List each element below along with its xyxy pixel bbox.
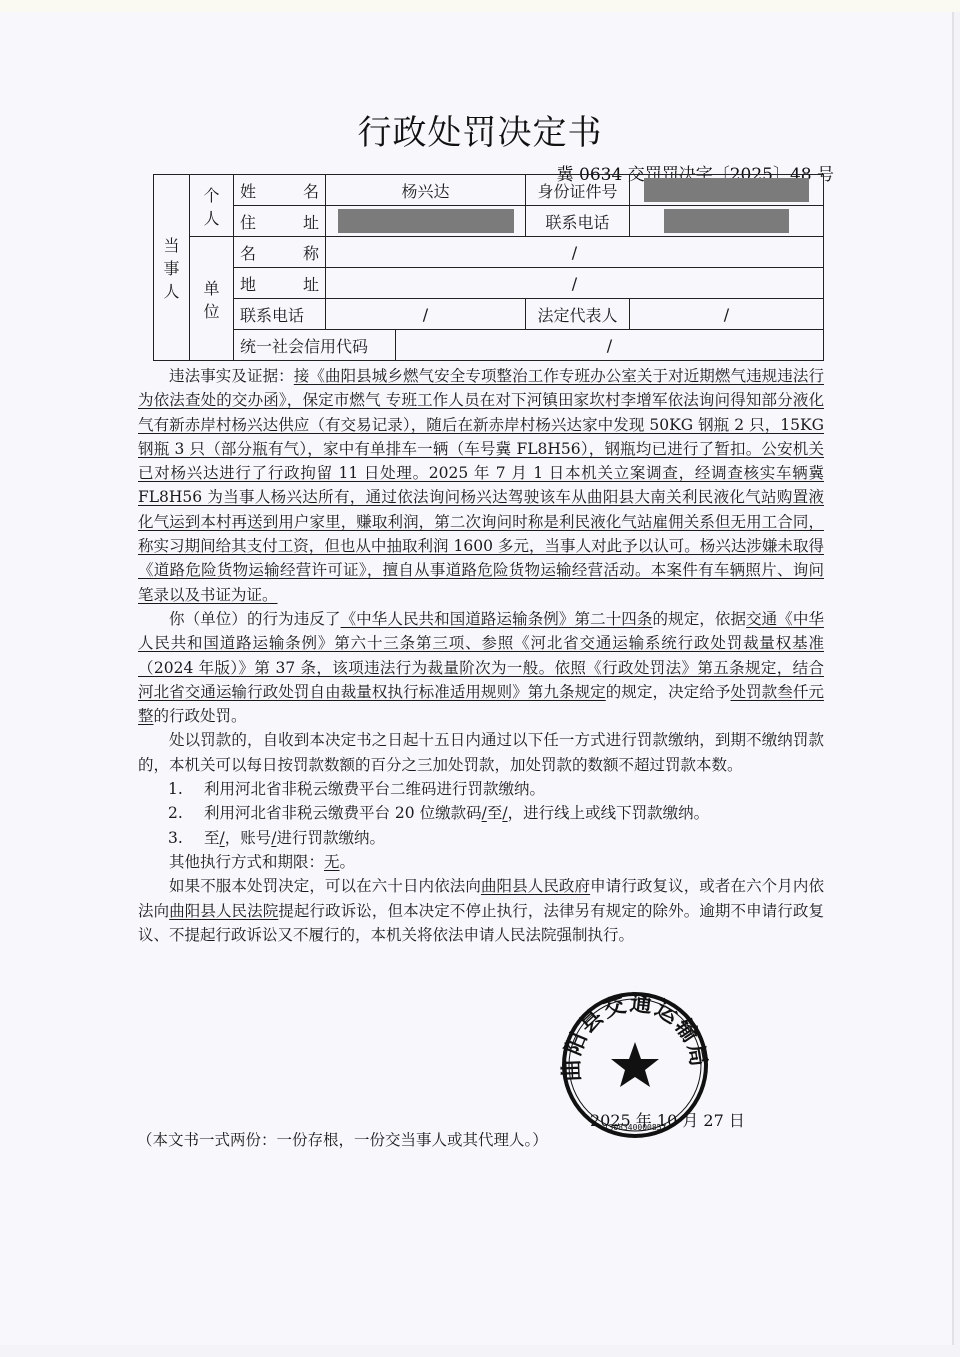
address-label: 住址 — [234, 206, 326, 237]
appeal-paragraph: 如果不服本处罚决定，可以在六十日内依法向曲阳县人民政府申请行政复议，或者在六个月… — [138, 874, 824, 947]
decision-date: 2025 年 10 月 27 日 — [590, 1108, 745, 1131]
unit-label: 单位 — [190, 237, 234, 361]
violation-mid: 的规定，依据 — [653, 610, 747, 628]
party-label: 当事人 — [154, 175, 190, 361]
document-title: 行政处罚决定书 — [0, 105, 960, 154]
scan-edge — [0, 0, 960, 12]
individual-label: 个人 — [190, 175, 234, 237]
redaction-block — [338, 209, 514, 233]
id-label: 身份证件号 — [526, 175, 630, 206]
facts-text: 接《曲阳县城乡燃气安全专项整治工作专班办公室关于对近期燃气违规违法行为依法查处的… — [138, 367, 824, 604]
credit-code-value: / — [396, 330, 824, 361]
legal-rep-label: 法定代表人 — [526, 299, 630, 330]
violation-paragraph: 你（单位）的行为违反了《中华人民共和国道路运输条例》第二十四条的规定，依据交通《… — [138, 607, 824, 728]
unit-phone-value: / — [326, 299, 526, 330]
redaction-block — [644, 178, 809, 202]
payment-intro: 处以罚款的，自收到本决定书之日起十五日内通过以下任一方式进行罚款缴纳，到期不缴纳… — [138, 728, 824, 777]
unit-phone-label: 联系电话 — [234, 299, 326, 330]
phone-value — [630, 206, 824, 237]
address-value — [326, 206, 526, 237]
facts-label: 违法事实及证据： — [169, 367, 294, 385]
violation-end: 的行政处罚。 — [154, 707, 247, 725]
payment-item-3: 3.至/，账号/进行罚款缴纳。 — [138, 826, 824, 850]
footnote: （本文书一式两份：一份存根，一份交当事人或其代理人。） — [137, 1128, 548, 1150]
violated-regulation: 《中华人民共和国道路运输条例》第二十四条 — [341, 610, 653, 628]
violation-suffix: 的规定，决定给予 — [606, 683, 731, 701]
unit-name-value: / — [326, 237, 824, 268]
credit-code-label: 统一社会信用代码 — [234, 330, 396, 361]
court-name: 曲阳县人民法院 — [169, 902, 278, 920]
id-value — [630, 175, 824, 206]
redaction-block — [664, 209, 789, 233]
other-execution: 其他执行方式和期限：无。 — [138, 850, 824, 874]
unit-address-value: / — [326, 268, 824, 299]
review-authority: 曲阳县人民政府 — [481, 877, 590, 895]
legal-rep-value: / — [630, 299, 824, 330]
payment-item-2: 2.利用河北省非税云缴费平台 20 位缴款码/至/，进行线上或线下罚款缴纳。 — [138, 801, 824, 825]
unit-name-label: 名称 — [234, 237, 326, 268]
phone-label: 联系电话 — [526, 206, 630, 237]
facts-paragraph: 违法事实及证据：接《曲阳县城乡燃气安全专项整治工作专班办公室关于对近期燃气违规违… — [138, 364, 824, 607]
violation-prefix: 你（单位）的行为违反了 — [169, 610, 341, 628]
document-body: 违法事实及证据：接《曲阳县城乡燃气安全专项整治工作专班办公室关于对近期燃气违规违… — [138, 364, 824, 947]
name-value: 杨兴达 — [326, 175, 526, 206]
unit-address-label: 地址 — [234, 268, 326, 299]
payment-item-1: 1.利用河北省非税云缴费平台二维码进行罚款缴纳。 — [138, 777, 824, 801]
name-label: 姓名 — [234, 175, 326, 206]
party-info-table: 当事人 个人 姓名 杨兴达 身份证件号 住址 联系电话 单位 名称 / 地址 /… — [153, 174, 824, 361]
